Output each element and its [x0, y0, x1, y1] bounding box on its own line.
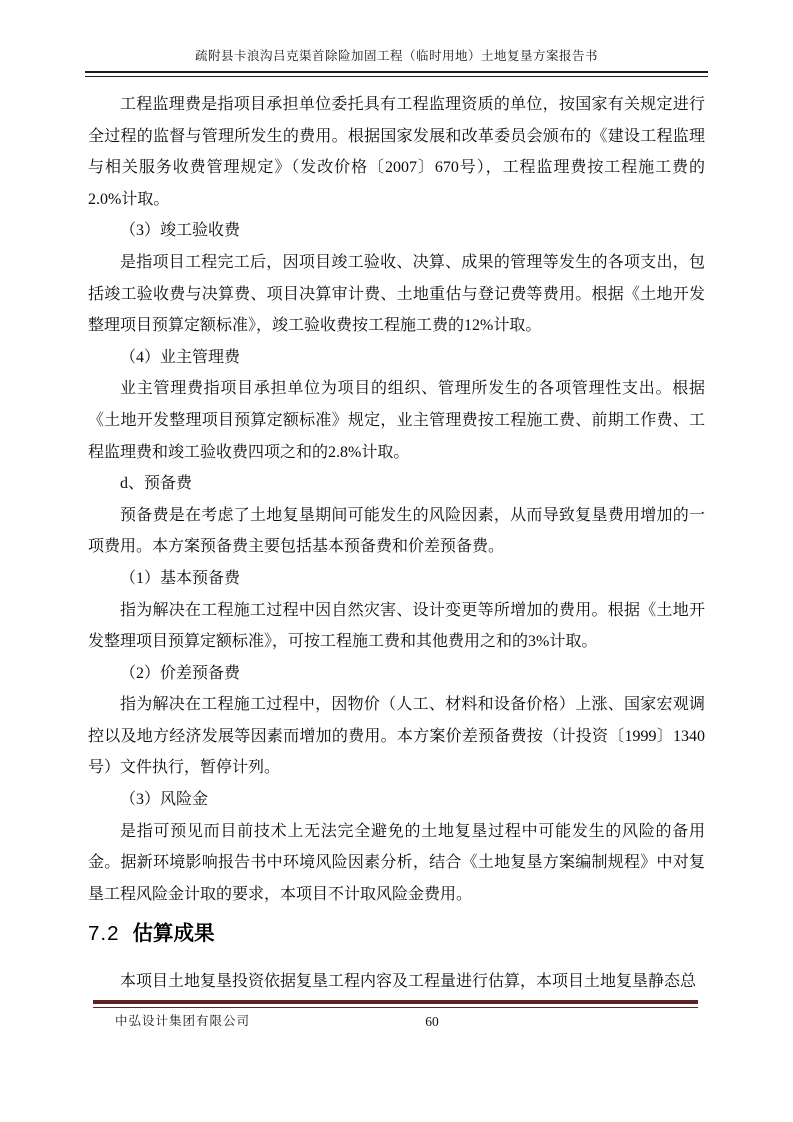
body-paragraph: 是指项目工程完工后，因项目竣工验收、决算、成果的管理等发生的各项支出，包括竣工验… [88, 247, 705, 342]
section-title: 估算成果 [133, 922, 215, 945]
body-paragraph: 是指可预见而目前技术上无法完全避免的土地复垦过程中可能发生的风险的备用金。据新环… [88, 816, 705, 911]
section-number: 7.2 [88, 922, 120, 945]
list-item-heading: （3）风险金 [88, 784, 705, 816]
header-rule [85, 71, 708, 77]
body-paragraph: 指为解决在工程施工过程中因自然灾害、设计变更等所增加的费用。根据《土地开发整理项… [88, 595, 705, 658]
body-paragraph: 本项目土地复垦投资依据复垦工程内容及工程量进行估算，本项目土地复垦静态总 [88, 966, 705, 998]
section-heading: 7.2估算成果 [88, 918, 705, 950]
list-item-heading: （4）业主管理费 [88, 342, 705, 374]
body-paragraph: 预备费是在考虑了土地复垦期间可能发生的风险因素，从而导致复垦费用增加的一项费用。… [88, 500, 705, 563]
document-page: 疏附县卡浪沟吕克渠首除险加固工程（临时用地）土地复垦方案报告书 工程监理费是指项… [0, 0, 793, 1122]
list-item-heading: （2）价差预备费 [88, 658, 705, 690]
body-paragraph: 指为解决在工程施工过程中，因物价（人工、材料和设备价格）上涨、国家宏观调控以及地… [88, 689, 705, 784]
page-header-title: 疏附县卡浪沟吕克渠首除险加固工程（临时用地）土地复垦方案报告书 [88, 49, 705, 64]
list-item-heading: （3）竣工验收费 [88, 215, 705, 247]
footer-company-name: 中弘设计集团有限公司 [115, 1014, 250, 1029]
list-item-heading: d、预备费 [88, 468, 705, 500]
list-item-heading: （1）基本预备费 [88, 563, 705, 595]
body-paragraph: 业主管理费指项目承担单位为项目的组织、管理所发生的各项管理性支出。根据《土地开发… [88, 373, 705, 468]
document-body: 工程监理费是指项目承担单位委托具有工程监理资质的单位，按国家有关规定进行全过程的… [88, 89, 705, 998]
page-number: 60 [404, 1014, 460, 1030]
footer-rule [93, 1000, 698, 1008]
body-paragraph: 工程监理费是指项目承担单位委托具有工程监理资质的单位，按国家有关规定进行全过程的… [88, 89, 705, 215]
